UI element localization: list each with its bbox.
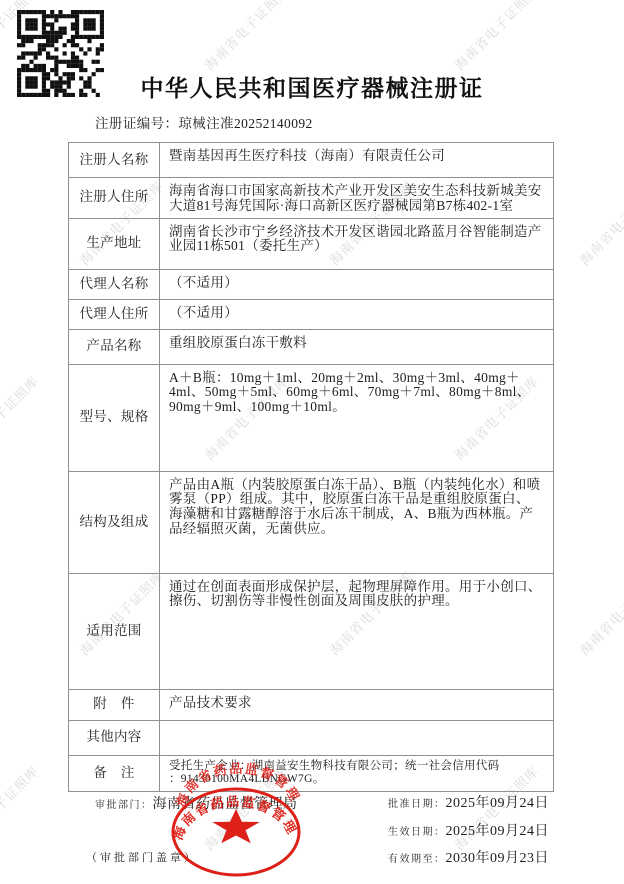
expiry-date-line: 有效期至：2030年09月23日 [388,847,549,867]
row-value-production-address: 湖南省长沙市宁乡经济技术开发区谐园北路蓝月谷智能制造产业园11栋501（委托生产… [160,218,554,269]
row-label-intended-use: 适用范围 [69,573,160,689]
qr-code [17,10,104,97]
table-row-model-spec: 型号、规格 A＋B瓶：10mg＋1ml、20mg＋2ml、30mg＋3ml、40… [69,364,554,471]
approval-department-value: 海南省药品监督管理局 [153,797,298,812]
expiry-date-value: 2030年09月23日 [446,851,550,866]
row-label-remarks: 备 注 [69,755,160,791]
row-label-structure: 结构及组成 [69,471,160,573]
seal-star-icon [212,809,260,843]
row-value-agent-name: （不适用） [160,269,554,299]
effective-date-value: 2025年09月24日 [446,824,550,839]
table-row-registrant-address: 注册人住所 海南省海口市国家高新技术产业开发区美安生态科技新城美安大道81号海凭… [69,178,554,219]
table-row-structure: 结构及组成 产品由A瓶（内装胶原蛋白冻干品）、B瓶（内装纯化水）和喷雾泵（PP）… [69,471,554,573]
row-value-remarks: 受托生产企业：湖南益安生物科技有限公司；统一社会信用代码 ：91430100MA… [160,755,554,791]
table-row-product-name: 产品名称 重组胶原蛋白冻干敷料 [69,329,554,364]
certificate-table: 注册人名称 暨南基因再生医疗科技（海南）有限责任公司 注册人住所 海南省海口市国… [68,142,554,792]
row-label-other-content: 其他内容 [69,720,160,755]
row-value-agent-address: （不适用） [160,299,554,329]
cert-number-line: 注册证编号：琼械注准20252140092 [95,112,313,132]
table-row-attachment: 附 件 产品技术要求 [69,689,554,720]
watermark-text: 海南省电子证照库 [575,566,624,659]
effective-date-line: 生效日期：2025年09月24日 [388,820,549,840]
table-row-agent-address: 代理人住所 （不适用） [69,299,554,329]
approval-department-line: 审批部门：海南省药品监督管理局 [95,793,298,813]
row-value-product-name: 重组胶原蛋白冻干敷料 [160,329,554,364]
table-row-other-content: 其他内容 [69,720,554,755]
approval-department-label: 审批部门： [95,800,153,811]
row-label-attachment: 附 件 [69,689,160,720]
approval-date-label: 批准日期： [388,799,446,810]
watermark-text: 海南省电子证照库 [575,176,624,269]
expiry-date-label: 有效期至： [388,854,446,865]
watermark-text: 海南省电子证照库 [200,0,293,74]
row-label-model-spec: 型号、规格 [69,364,160,471]
table-row-remarks: 备 注 受托生产企业：湖南益安生物科技有限公司；统一社会信用代码 ：914301… [69,755,554,791]
row-label-agent-name: 代理人名称 [69,269,160,299]
effective-date-label: 生效日期： [388,827,446,838]
approval-date-line: 批准日期：2025年09月24日 [388,792,549,812]
row-value-structure: 产品由A瓶（内装胶原蛋白冻干品）、B瓶（内装纯化水）和喷雾泵（PP）组成。其中，… [160,471,554,573]
table-row-production-address: 生产地址 湖南省长沙市宁乡经济技术开发区谐园北路蓝月谷智能制造产业园11栋501… [69,218,554,269]
table-row-intended-use: 适用范围 通过在创面表面形成保护层，起物理屏障作用。用于小创口、擦伤、切割伤等非… [69,573,554,689]
table-row-agent-name: 代理人名称 （不适用） [69,269,554,299]
dates-block: 批准日期：2025年09月24日 生效日期：2025年09月24日 有效期至：2… [388,792,549,875]
row-value-model-spec: A＋B瓶：10mg＋1ml、20mg＋2ml、30mg＋3ml、40mg＋4ml… [160,364,554,471]
row-value-registrant-address: 海南省海口市国家高新技术产业开发区美安生态科技新城美安大道81号海凭国际·海口高… [160,178,554,219]
row-label-production-address: 生产地址 [69,218,160,269]
watermark-text: 海南省电子证照库 [0,371,42,464]
row-label-agent-address: 代理人住所 [69,299,160,329]
seal-note: （审批部门盖章） [86,849,198,865]
row-value-intended-use: 通过在创面表面形成保护层，起物理屏障作用。用于小创口、擦伤、切割伤等非慢性创面及… [160,573,554,689]
cert-number-value: 琼械注准20252140092 [178,116,312,131]
watermark-text: 海南省电子证照库 [450,0,543,74]
row-label-product-name: 产品名称 [69,329,160,364]
row-label-registrant-name: 注册人名称 [69,143,160,178]
table-row-registrant-name: 注册人名称 暨南基因再生医疗科技（海南）有限责任公司 [69,143,554,178]
row-value-other-content [160,720,554,755]
approval-date-value: 2025年09月24日 [446,796,550,811]
row-label-registrant-address: 注册人住所 [69,178,160,219]
row-value-registrant-name: 暨南基因再生医疗科技（海南）有限责任公司 [160,143,554,178]
cert-number-label: 注册证编号： [95,116,178,131]
row-value-attachment: 产品技术要求 [160,689,554,720]
watermark-text: 海南省电子证照库 [0,761,42,854]
